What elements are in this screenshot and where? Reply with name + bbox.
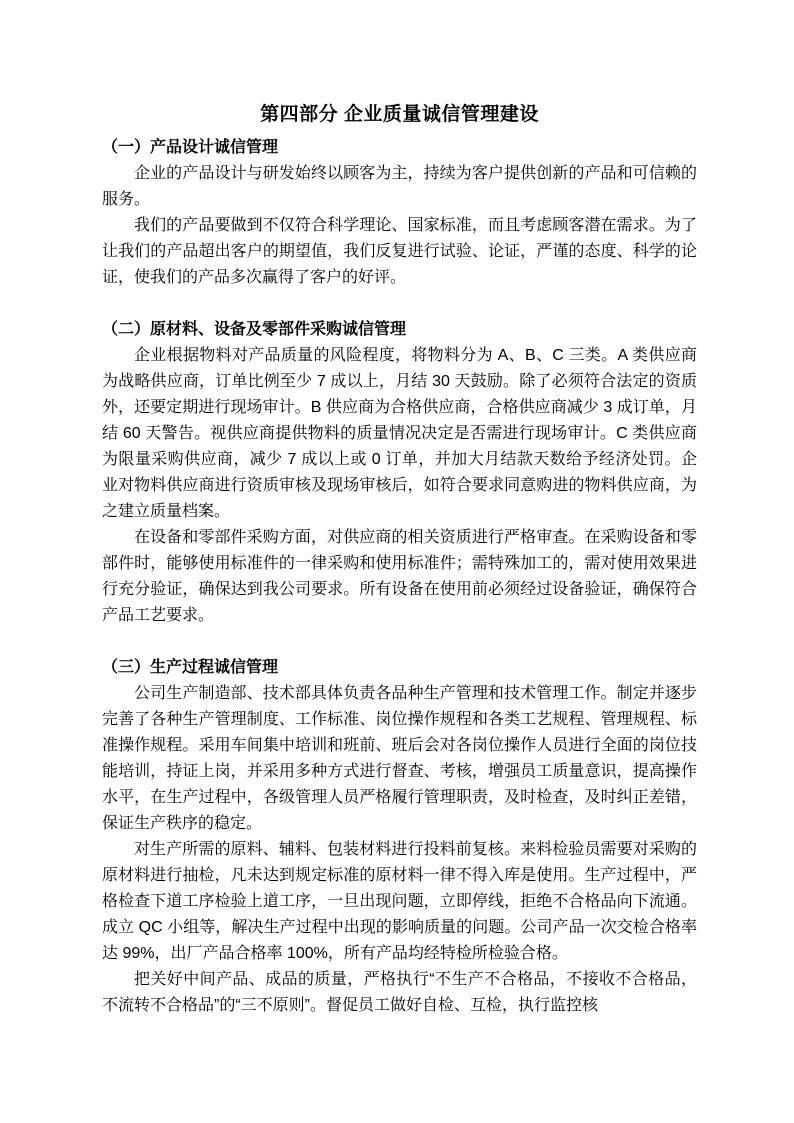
section-production: （三）生产过程诚信管理 公司生产制造部、技术部具体负责各品种生产管理和技术管理工… bbox=[102, 655, 697, 1019]
section-procurement: （二）原材料、设备及零部件采购诚信管理 企业根据物料对产品质量的风险程度，将物料… bbox=[102, 317, 697, 629]
paragraph: 对生产所需的原料、辅料、包装材料进行投料前复核。来料检验员需要对采购的原材料进行… bbox=[102, 837, 697, 967]
document-page: 第四部分 企业质量诚信管理建设 （一）产品设计诚信管理 企业的产品设计与研发始终… bbox=[0, 0, 794, 1123]
paragraph: 我们的产品要做到不仅符合科学理论、国家标准，而且考虑顾客潜在需求。为了让我们的产… bbox=[102, 213, 697, 291]
section-product-design: （一）产品设计诚信管理 企业的产品设计与研发始终以顾客为主，持续为客户提供创新的… bbox=[102, 135, 697, 291]
paragraph: 企业根据物料对产品质量的风险程度，将物料分为 A、B、C 三类。A 类供应商为战… bbox=[102, 343, 697, 525]
paragraph: 公司生产制造部、技术部具体负责各品种生产管理和技术管理工作。制定并逐步完善了各种… bbox=[102, 681, 697, 837]
document-title: 第四部分 企业质量诚信管理建设 bbox=[102, 101, 697, 129]
section-spacer bbox=[102, 629, 697, 655]
section-heading-1: （一）产品设计诚信管理 bbox=[102, 135, 697, 161]
paragraph: 把关好中间产品、成品的质量，严格执行“不生产不合格品，不接收不合格品，不流转不合… bbox=[102, 967, 697, 1019]
section-heading-3: （三）生产过程诚信管理 bbox=[102, 655, 697, 681]
section-heading-2: （二）原材料、设备及零部件采购诚信管理 bbox=[102, 317, 697, 343]
section-spacer bbox=[102, 291, 697, 317]
paragraph: 企业的产品设计与研发始终以顾客为主，持续为客户提供创新的产品和可信赖的服务。 bbox=[102, 161, 697, 213]
paragraph: 在设备和零部件采购方面，对供应商的相关资质进行严格审查。在采购设备和零部件时，能… bbox=[102, 525, 697, 629]
